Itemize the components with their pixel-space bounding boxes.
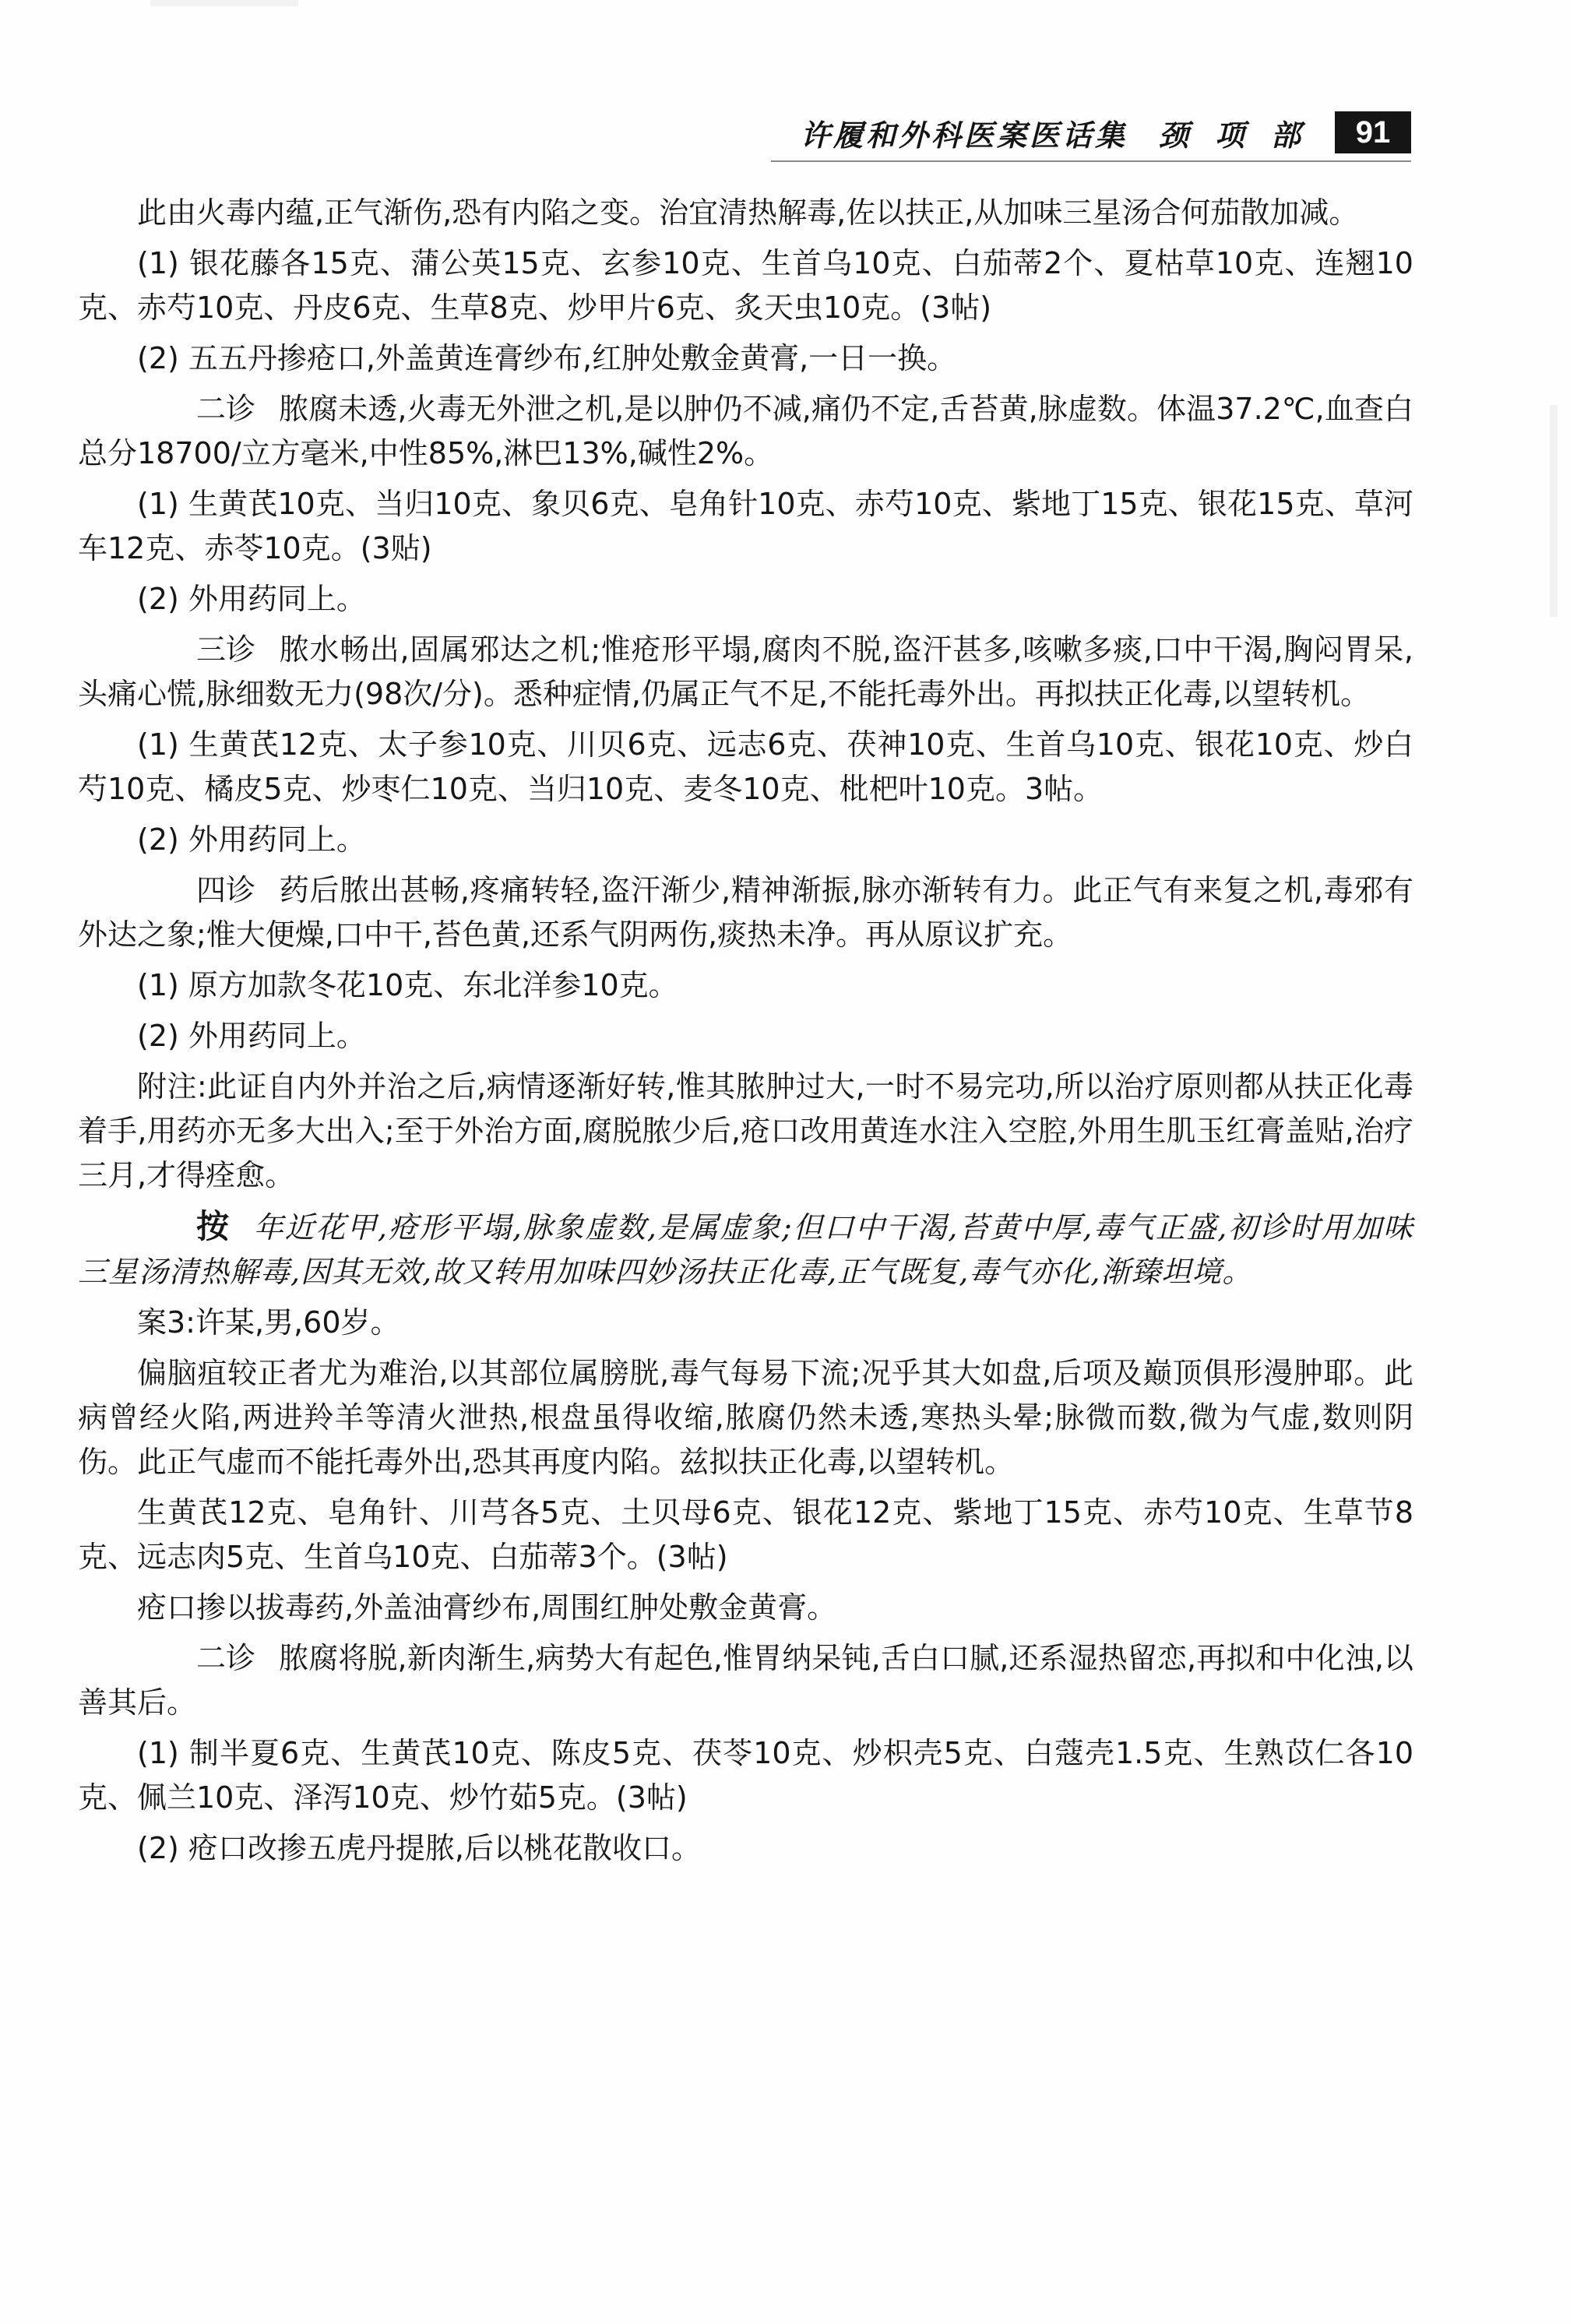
prescription-item: (1) 银花藤各15克、蒲公英15克、玄参10克、生首乌10克、白茄蒂2个、夏枯… bbox=[78, 241, 1413, 330]
prescription-item: (1) 生黄芪12克、太子参10克、川贝6克、远志6克、茯神10克、生首乌10克… bbox=[78, 723, 1413, 812]
scan-artifact bbox=[150, 0, 298, 6]
appended-note: 附注:此证自内外并治之后,病情逐渐好转,惟其脓肿过大,一时不易完功,所以治疗原则… bbox=[78, 1065, 1413, 1198]
prescription-item: (1) 制半夏6克、生黄芪10克、陈皮5克、茯苓10克、炒枳壳5克、白蔻壳1.5… bbox=[78, 1731, 1413, 1820]
prescription-item: (2) 外用药同上。 bbox=[78, 577, 1413, 621]
paragraph: 疮口掺以拔毒药,外盖油膏纱布,周围红肿处敷金黄膏。 bbox=[78, 1586, 1413, 1630]
visit-paragraph: 四诊药后脓出甚畅,疼痛转轻,盗汗渐少,精神渐振,脉亦渐转有力。此正气有来复之机,… bbox=[78, 868, 1413, 957]
prescription-item: 生黄芪12克、皂角针、川芎各5克、土贝母6克、银花12克、紫地丁15克、赤芍10… bbox=[78, 1491, 1413, 1579]
book-title: 许履和外科医案医话集 bbox=[801, 111, 1128, 154]
prescription-item: (2) 疮口改掺五虎丹提脓,后以桃花散收口。 bbox=[78, 1826, 1413, 1871]
visit-label: 四诊 bbox=[137, 868, 255, 913]
visit-paragraph: 三诊脓水畅出,固属邪达之机;惟疮形平塌,腐肉不脱,盗汗甚多,咳嗽多痰,口中干渴,… bbox=[78, 628, 1413, 717]
section-title: 颈项部 bbox=[1159, 111, 1327, 154]
prescription-item: (1) 原方加款冬花10克、东北洋参10克。 bbox=[78, 963, 1413, 1008]
prescription-item: (2) 外用药同上。 bbox=[78, 818, 1413, 862]
prescription-item: (2) 五五丹掺疮口,外盖黄连膏纱布,红肿处敷金黄膏,一日一换。 bbox=[78, 336, 1413, 381]
paragraph: 偏脑疽较正者尤为难治,以其部位属膀胱,毒气每易下流;况乎其大如盘,后项及巅顶俱形… bbox=[78, 1351, 1413, 1484]
page-number-badge: 91 bbox=[1335, 111, 1411, 153]
scan-artifact bbox=[1550, 405, 1558, 617]
visit-label: 二诊 bbox=[137, 387, 255, 431]
body-text: 此由火毒内蕴,正气渐伤,恐有内陷之变。治宜清热解毒,佐以扶正,从加味三星汤合何茄… bbox=[78, 191, 1413, 1877]
commentary-note: 按年近花甲,疮形平塌,脉象虚数,是属虚象;但口中干渴,苔黄中厚,毒气正盛,初诊时… bbox=[78, 1204, 1413, 1294]
paragraph: 此由火毒内蕴,正气渐伤,恐有内陷之变。治宜清热解毒,佐以扶正,从加味三星汤合何茄… bbox=[78, 191, 1413, 235]
visit-paragraph: 二诊脓腐将脱,新肉渐生,病势大有起色,惟胃纳呆钝,舌白口腻,还系湿热留恋,再拟和… bbox=[78, 1636, 1413, 1725]
running-header: 许履和外科医案医话集 颈项部 91 bbox=[771, 109, 1411, 162]
book-page: 许履和外科医案医话集 颈项部 91 此由火毒内蕴,正气渐伤,恐有内陷之变。治宜清… bbox=[0, 0, 1570, 2324]
visit-label: 三诊 bbox=[137, 628, 255, 672]
visit-paragraph: 二诊脓腐未透,火毒无外泄之机,是以肿仍不减,痛仍不定,舌苔黄,脉虚数。体温37.… bbox=[78, 387, 1413, 476]
visit-label: 二诊 bbox=[137, 1636, 255, 1681]
case-heading: 案3:许某,男,60岁。 bbox=[78, 1301, 1413, 1345]
prescription-item: (2) 外用药同上。 bbox=[78, 1014, 1413, 1058]
commentary-label: 按 bbox=[137, 1204, 230, 1248]
prescription-item: (1) 生黄芪10克、当归10克、象贝6克、皂角针10克、赤芍10克、紫地丁15… bbox=[78, 482, 1413, 571]
